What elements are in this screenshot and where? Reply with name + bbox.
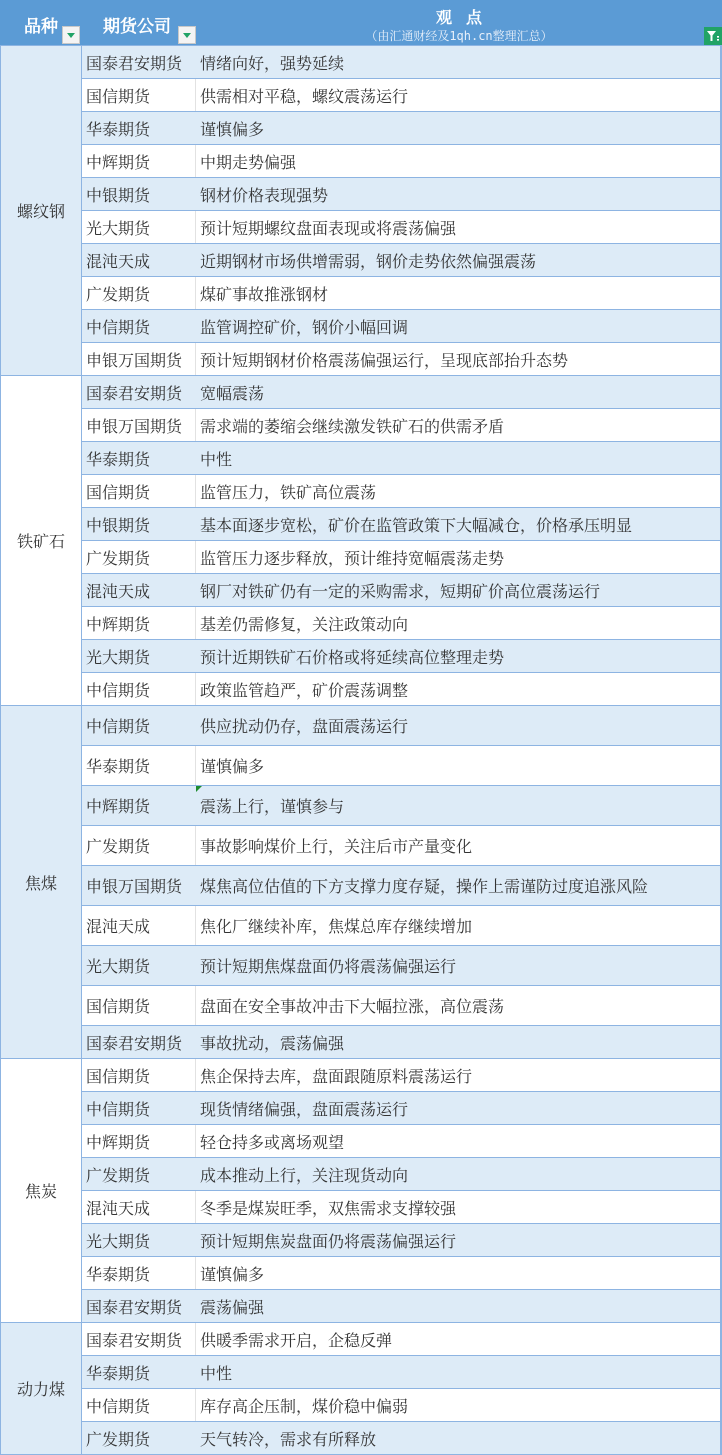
- company-cell[interactable]: 光大期货: [82, 1224, 196, 1256]
- table-row[interactable]: 广发期货监管压力逐步释放，预计维持宽幅震荡走势: [82, 541, 722, 574]
- view-cell[interactable]: 盘面在安全事故冲击下大幅拉涨，高位震荡: [196, 986, 720, 1025]
- company-cell[interactable]: 中辉期货: [82, 145, 196, 177]
- table-row[interactable]: 国信期货焦企保持去库，盘面跟随原料震荡运行: [82, 1059, 722, 1092]
- view-cell[interactable]: 轻仓持多或离场观望: [196, 1125, 720, 1157]
- view-cell[interactable]: 钢材价格表现强势: [196, 178, 720, 210]
- table-row[interactable]: 国泰君安期货供暖季需求开启，企稳反弹: [82, 1323, 722, 1356]
- header-view-cell: 观点 （由汇通财经及1qh.cn整理汇总）: [196, 0, 722, 46]
- variety-label: 铁矿石: [17, 529, 65, 552]
- view-cell[interactable]: 震荡上行，谨慎参与: [196, 786, 720, 825]
- table-row[interactable]: 华泰期货谨慎偏多: [82, 112, 722, 145]
- view-cell[interactable]: 谨慎偏多: [196, 746, 720, 785]
- view-cell[interactable]: 供应扰动仍存，盘面震荡运行: [196, 706, 720, 745]
- table-row[interactable]: 中银期货基本面逐步宽松，矿价在监管政策下大幅减仓，价格承压明显: [82, 508, 722, 541]
- header-view-subtitle: （由汇通财经及1qh.cn整理汇总）: [196, 27, 722, 44]
- company-cell[interactable]: 中信期货: [82, 310, 196, 342]
- variety-filter-dropdown-icon[interactable]: [62, 26, 80, 44]
- table-row[interactable]: 光大期货预计近期铁矿石价格或将延续高位整理走势: [82, 640, 722, 673]
- company-cell[interactable]: 光大期货: [82, 211, 196, 243]
- variety-cell[interactable]: 螺纹钢: [0, 46, 82, 376]
- company-cell[interactable]: 申银万国期货: [82, 409, 196, 441]
- view-cell[interactable]: 成本推动上行，关注现货动向: [196, 1158, 720, 1190]
- view-cell[interactable]: 现货情绪偏强，盘面震荡运行: [196, 1092, 720, 1124]
- view-cell[interactable]: 供暖季需求开启，企稳反弹: [196, 1323, 720, 1355]
- table-row[interactable]: 混沌天成钢厂对铁矿仍有一定的采购需求，短期矿价高位震荡运行: [82, 574, 722, 607]
- company-cell[interactable]: 国信期货: [82, 1059, 196, 1091]
- table-row[interactable]: 中辉期货轻仓持多或离场观望: [82, 1125, 722, 1158]
- table-row[interactable]: 广发期货成本推动上行，关注现货动向: [82, 1158, 722, 1191]
- cell-comment-indicator-icon: [196, 786, 202, 792]
- view-cell[interactable]: 预计短期螺纹盘面表现或将震荡偏强: [196, 211, 720, 243]
- table-row[interactable]: 广发期货天气转冷，需求有所释放: [82, 1422, 722, 1455]
- table-row[interactable]: 国信期货盘面在安全事故冲击下大幅拉涨，高位震荡: [82, 986, 722, 1026]
- company-filter-dropdown-icon[interactable]: [178, 26, 196, 44]
- company-cell[interactable]: 广发期货: [82, 1158, 196, 1190]
- view-cell[interactable]: 焦企保持去库，盘面跟随原料震荡运行: [196, 1059, 720, 1091]
- view-cell[interactable]: 冬季是煤炭旺季，双焦需求支撑较强: [196, 1191, 720, 1223]
- variety-group: 焦炭国信期货焦企保持去库，盘面跟随原料震荡运行中信期货现货情绪偏强，盘面震荡运行…: [0, 1059, 722, 1323]
- view-cell[interactable]: 监管压力逐步释放，预计维持宽幅震荡走势: [196, 541, 720, 573]
- variety-label: 动力煤: [17, 1377, 65, 1400]
- company-cell[interactable]: 中信期货: [82, 706, 196, 745]
- company-cell[interactable]: 华泰期货: [82, 746, 196, 785]
- variety-group: 铁矿石国泰君安期货宽幅震荡申银万国期货需求端的萎缩会继续激发铁矿石的供需矛盾华泰…: [0, 376, 722, 706]
- active-filter-icon[interactable]: [704, 27, 722, 45]
- company-cell[interactable]: 国泰君安期货: [82, 46, 196, 78]
- view-cell[interactable]: 震荡偏强: [196, 1290, 720, 1322]
- company-cell[interactable]: 光大期货: [82, 640, 196, 672]
- view-cell[interactable]: 中性: [196, 442, 720, 474]
- company-cell[interactable]: 混沌天成: [82, 1191, 196, 1223]
- company-cell[interactable]: 光大期货: [82, 946, 196, 985]
- company-cell[interactable]: 中信期货: [82, 1092, 196, 1124]
- company-cell[interactable]: 中辉期货: [82, 607, 196, 639]
- view-cell[interactable]: 基差仍需修复，关注政策动向: [196, 607, 720, 639]
- table-row[interactable]: 中信期货现货情绪偏强，盘面震荡运行: [82, 1092, 722, 1125]
- company-cell[interactable]: 混沌天成: [82, 244, 196, 276]
- table-row[interactable]: 华泰期货谨慎偏多: [82, 746, 722, 786]
- view-cell[interactable]: 焦化厂继续补库，焦煤总库存继续增加: [196, 906, 720, 945]
- table-row[interactable]: 中辉期货基差仍需修复，关注政策动向: [82, 607, 722, 640]
- view-cell[interactable]: 政策监管趋严，矿价震荡调整: [196, 673, 720, 705]
- variety-cell[interactable]: 铁矿石: [0, 376, 82, 706]
- view-cell[interactable]: 煤矿事故推涨钢材: [196, 277, 720, 309]
- table-row[interactable]: 中辉期货震荡上行，谨慎参与: [82, 786, 722, 826]
- company-cell[interactable]: 国泰君安期货: [82, 1290, 196, 1322]
- table-row[interactable]: 国泰君安期货宽幅震荡: [82, 376, 722, 409]
- table-row[interactable]: 中信期货监管调控矿价，钢价小幅回调: [82, 310, 722, 343]
- view-cell[interactable]: 情绪向好，强势延续: [196, 46, 720, 78]
- view-cell[interactable]: 煤焦高位估值的下方支撑力度存疑，操作上需谨防过度追涨风险: [196, 866, 720, 905]
- table-row[interactable]: 国泰君安期货事故扰动，震荡偏强: [82, 1026, 722, 1059]
- view-cell[interactable]: 天气转冷，需求有所释放: [196, 1422, 720, 1454]
- company-cell[interactable]: 广发期货: [82, 1422, 196, 1454]
- table-row[interactable]: 光大期货预计短期焦煤盘面仍将震荡偏强运行: [82, 946, 722, 986]
- header-row: 品种 期货公司 观点 （由汇通财经及1qh.cn整理汇总）: [0, 0, 722, 46]
- view-cell[interactable]: 近期钢材市场供增需弱，钢价走势依然偏强震荡: [196, 244, 720, 276]
- view-cell[interactable]: 预计近期铁矿石价格或将延续高位整理走势: [196, 640, 720, 672]
- variety-label: 焦炭: [25, 1179, 57, 1202]
- view-cell[interactable]: 事故扰动，震荡偏强: [196, 1026, 720, 1058]
- view-cell[interactable]: 谨慎偏多: [196, 112, 720, 144]
- company-cell[interactable]: 广发期货: [82, 277, 196, 309]
- table-row[interactable]: 华泰期货中性: [82, 442, 722, 475]
- variety-cell[interactable]: 动力煤: [0, 1323, 82, 1455]
- header-variety-label: 品种: [24, 12, 58, 37]
- table-row[interactable]: 申银万国期货煤焦高位估值的下方支撑力度存疑，操作上需谨防过度追涨风险: [82, 866, 722, 906]
- company-cell[interactable]: 混沌天成: [82, 574, 196, 606]
- table-row[interactable]: 中银期货钢材价格表现强势: [82, 178, 722, 211]
- variety-label: 螺纹钢: [17, 199, 65, 222]
- view-cell[interactable]: 预计短期焦煤盘面仍将震荡偏强运行: [196, 946, 720, 985]
- view-cell[interactable]: 预计短期焦炭盘面仍将震荡偏强运行: [196, 1224, 720, 1256]
- company-cell[interactable]: 中银期货: [82, 178, 196, 210]
- table-row[interactable]: 混沌天成冬季是煤炭旺季，双焦需求支撑较强: [82, 1191, 722, 1224]
- company-cell[interactable]: 申银万国期货: [82, 343, 196, 375]
- spreadsheet: 品种 期货公司 观点 （由汇通财经及1qh.cn整理汇总） 螺纹钢国泰君安期货情…: [0, 0, 722, 1455]
- table-row[interactable]: 光大期货预计短期螺纹盘面表现或将震荡偏强: [82, 211, 722, 244]
- header-view-title: 观点: [196, 5, 722, 28]
- view-cell[interactable]: 需求端的萎缩会继续激发铁矿石的供需矛盾: [196, 409, 720, 441]
- table-body: 螺纹钢国泰君安期货情绪向好，强势延续国信期货供需相对平稳，螺纹震荡运行华泰期货谨…: [0, 46, 722, 1455]
- table-row[interactable]: 广发期货煤矿事故推涨钢材: [82, 277, 722, 310]
- table-row[interactable]: 华泰期货中性: [82, 1356, 722, 1389]
- view-cell[interactable]: 基本面逐步宽松，矿价在监管政策下大幅减仓，价格承压明显: [196, 508, 720, 540]
- variety-group: 动力煤国泰君安期货供暖季需求开启，企稳反弹华泰期货中性中信期货库存高企压制，煤价…: [0, 1323, 722, 1455]
- table-row[interactable]: 光大期货预计短期焦炭盘面仍将震荡偏强运行: [82, 1224, 722, 1257]
- table-row[interactable]: 国信期货供需相对平稳，螺纹震荡运行: [82, 79, 722, 112]
- company-cell[interactable]: 国信期货: [82, 475, 196, 507]
- view-cell[interactable]: 监管压力，铁矿高位震荡: [196, 475, 720, 507]
- company-cell[interactable]: 中辉期货: [82, 1125, 196, 1157]
- variety-group: 螺纹钢国泰君安期货情绪向好，强势延续国信期货供需相对平稳，螺纹震荡运行华泰期货谨…: [0, 46, 722, 376]
- view-cell[interactable]: 宽幅震荡: [196, 376, 720, 408]
- variety-group: 焦煤中信期货供应扰动仍存，盘面震荡运行华泰期货谨慎偏多中辉期货震荡上行，谨慎参与…: [0, 706, 722, 1059]
- view-cell[interactable]: 监管调控矿价，钢价小幅回调: [196, 310, 720, 342]
- header-company-label: 期货公司: [103, 12, 171, 37]
- view-cell[interactable]: 事故影响煤价上行，关注后市产量变化: [196, 826, 720, 865]
- company-cell[interactable]: 华泰期货: [82, 1257, 196, 1289]
- table-row[interactable]: 中信期货供应扰动仍存，盘面震荡运行: [82, 706, 722, 746]
- view-cell[interactable]: 供需相对平稳，螺纹震荡运行: [196, 79, 720, 111]
- table-row[interactable]: 华泰期货谨慎偏多: [82, 1257, 722, 1290]
- company-cell[interactable]: 中银期货: [82, 508, 196, 540]
- company-cell[interactable]: 广发期货: [82, 541, 196, 573]
- table-row[interactable]: 国信期货监管压力，铁矿高位震荡: [82, 475, 722, 508]
- company-cell[interactable]: 中信期货: [82, 1389, 196, 1421]
- company-cell[interactable]: 国泰君安期货: [82, 1323, 196, 1355]
- company-cell[interactable]: 国信期货: [82, 986, 196, 1025]
- table-row[interactable]: 混沌天成焦化厂继续补库，焦煤总库存继续增加: [82, 906, 722, 946]
- company-cell[interactable]: 中辉期货: [82, 786, 196, 825]
- table-row[interactable]: 申银万国期货预计短期钢材价格震荡偏强运行，呈现底部抬升态势: [82, 343, 722, 376]
- variety-label: 焦煤: [25, 871, 57, 894]
- view-cell[interactable]: 预计短期钢材价格震荡偏强运行，呈现底部抬升态势: [196, 343, 720, 375]
- table-row[interactable]: 申银万国期货需求端的萎缩会继续激发铁矿石的供需矛盾: [82, 409, 722, 442]
- table-row[interactable]: 中信期货政策监管趋严，矿价震荡调整: [82, 673, 722, 706]
- company-cell[interactable]: 华泰期货: [82, 112, 196, 144]
- company-cell[interactable]: 华泰期货: [82, 1356, 196, 1388]
- company-cell[interactable]: 国信期货: [82, 79, 196, 111]
- view-cell[interactable]: 库存高企压制，煤价稳中偏弱: [196, 1389, 720, 1421]
- table-row[interactable]: 广发期货事故影响煤价上行，关注后市产量变化: [82, 826, 722, 866]
- header-variety-cell: 品种: [0, 0, 82, 46]
- table-row[interactable]: 国泰君安期货震荡偏强: [82, 1290, 722, 1323]
- company-cell[interactable]: 广发期货: [82, 826, 196, 865]
- company-cell[interactable]: 国泰君安期货: [82, 376, 196, 408]
- company-cell[interactable]: 华泰期货: [82, 442, 196, 474]
- view-cell[interactable]: 中性: [196, 1356, 720, 1388]
- company-cell[interactable]: 国泰君安期货: [82, 1026, 196, 1058]
- company-cell[interactable]: 申银万国期货: [82, 866, 196, 905]
- company-cell[interactable]: 中信期货: [82, 673, 196, 705]
- variety-cell[interactable]: 焦煤: [0, 706, 82, 1059]
- variety-cell[interactable]: 焦炭: [0, 1059, 82, 1323]
- table-row[interactable]: 中信期货库存高企压制，煤价稳中偏弱: [82, 1389, 722, 1422]
- table-row[interactable]: 混沌天成近期钢材市场供增需弱，钢价走势依然偏强震荡: [82, 244, 722, 277]
- header-company-cell: 期货公司: [82, 0, 196, 46]
- table-row[interactable]: 中辉期货中期走势偏强: [82, 145, 722, 178]
- view-cell[interactable]: 中期走势偏强: [196, 145, 720, 177]
- company-cell[interactable]: 混沌天成: [82, 906, 196, 945]
- view-cell[interactable]: 钢厂对铁矿仍有一定的采购需求，短期矿价高位震荡运行: [196, 574, 720, 606]
- table-row[interactable]: 国泰君安期货情绪向好，强势延续: [82, 46, 722, 79]
- view-cell[interactable]: 谨慎偏多: [196, 1257, 720, 1289]
